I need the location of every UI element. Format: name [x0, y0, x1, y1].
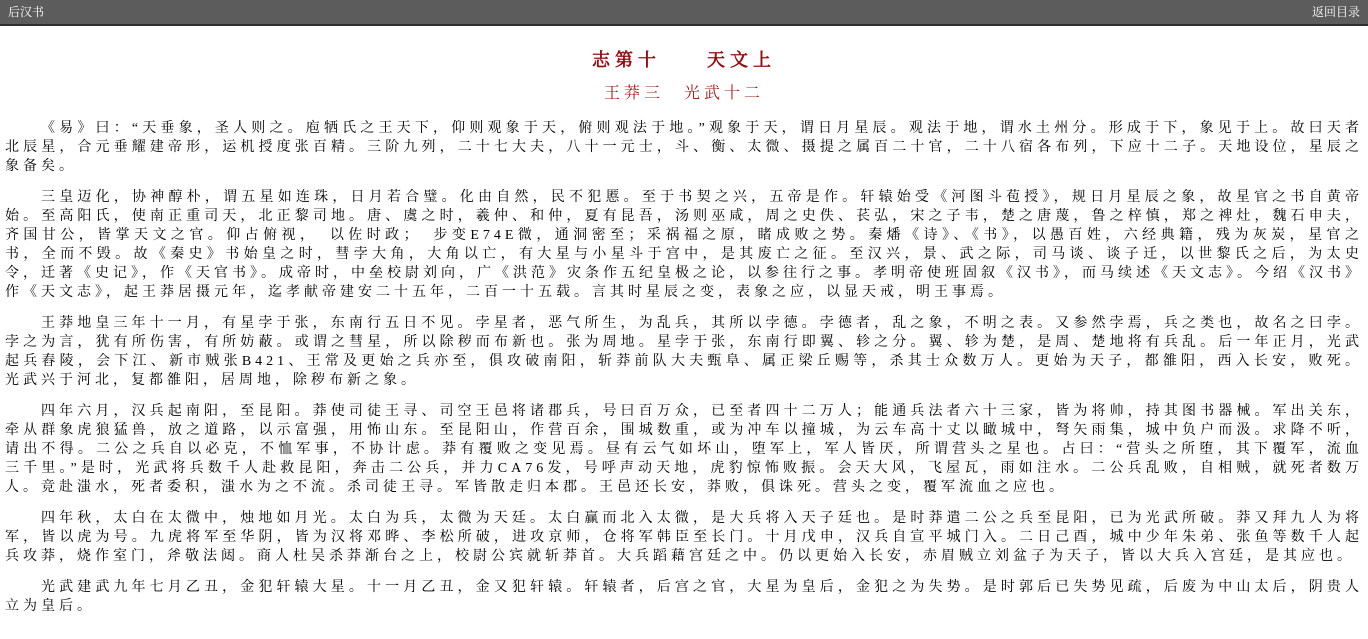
chapter-title: 志第十 天文上: [5, 46, 1363, 72]
paragraph-2: 三皇迈化，协神醇朴，谓五星如连珠，日月若合璧。化由自然，民不犯慝。至于书契之兴，…: [5, 188, 1363, 302]
back-to-toc-link[interactable]: 返回目录: [1312, 0, 1360, 24]
paragraph-4: 四年六月，汉兵起南阳，至昆阳。莽使司徒王寻、司空王邑将诸郡兵，号曰百万众，已至者…: [5, 402, 1363, 497]
book-title: 后汉书: [8, 0, 44, 24]
document-page: 志第十 天文上 王莽三 光武十二 《易》曰：“天垂象，圣人则之。庖牺氏之王天下，…: [0, 26, 1368, 632]
chapter-content: 《易》曰：“天垂象，圣人则之。庖牺氏之王天下，仰则观象于天，俯则观法于地。”观象…: [5, 119, 1363, 616]
paragraph-5: 四年秋，太白在太微中，烛地如月光。太白为兵，太微为天廷。太白赢而北入太微，是大兵…: [5, 509, 1363, 566]
paragraph-3: 王莽地皇三年十一月，有星孛于张，东南行五日不见。孛星者，恶气所生，为乱兵，其所以…: [5, 314, 1363, 390]
top-bar: 后汉书 返回目录: [0, 0, 1368, 26]
paragraph-6: 光武建武九年七月乙丑，金犯轩辕大星。十一月乙丑，金又犯轩辕。轩辕者，后宫之官，大…: [5, 578, 1363, 616]
paragraph-1: 《易》曰：“天垂象，圣人则之。庖牺氏之王天下，仰则观象于天，俯则观法于地。”观象…: [5, 119, 1363, 176]
chapter-subtitle: 王莽三 光武十二: [5, 80, 1363, 103]
